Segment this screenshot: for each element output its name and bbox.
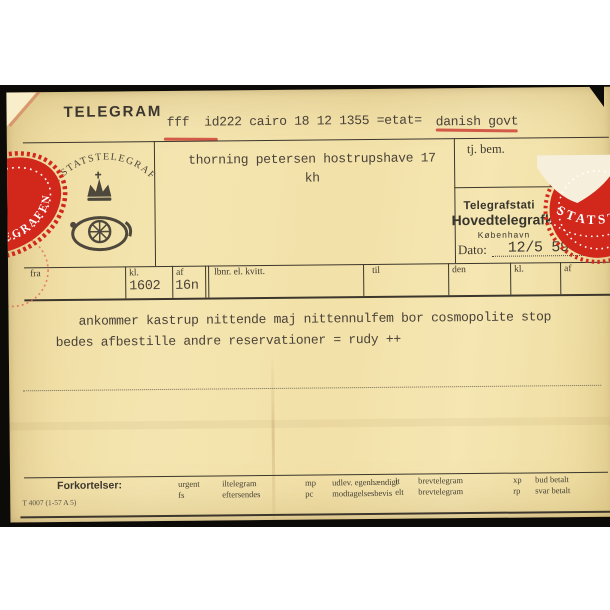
- abbr-meaning: brevtelegram: [418, 475, 463, 486]
- form-title: TELEGRAM: [63, 103, 162, 121]
- abbreviation-group: mpudlev. egenhændigt pcmodtagelsesbevis: [305, 477, 398, 500]
- footer-bottom-border: [20, 511, 610, 519]
- message-line-1: ankommer kastrup nittende maj nittennulf…: [78, 309, 551, 329]
- address-line: thorning petersen hostrupshave 17: [167, 150, 457, 168]
- col-header-den: den: [452, 265, 466, 275]
- abbr-code: elt: [395, 487, 418, 498]
- abbr-code: urgent: [178, 478, 222, 489]
- col-header-kl: kl.: [129, 268, 139, 278]
- divider: [23, 137, 609, 144]
- crown-icon: [87, 171, 111, 200]
- received-time: 1602: [129, 279, 160, 295]
- abbr-code: lt: [395, 476, 418, 487]
- abbr-meaning: eftersendes: [222, 489, 260, 500]
- fold-shadow: [10, 417, 610, 431]
- table-bottom-border: [24, 294, 610, 302]
- message-line-2: bedes afbestille andre reservationer = r…: [56, 332, 401, 351]
- abbr-meaning: modtagelsesbevis: [332, 488, 392, 500]
- received-operator: 16n: [175, 279, 199, 295]
- ruled-line: [23, 385, 601, 392]
- stamp-city: København: [478, 229, 531, 240]
- abbr-meaning: udlev. egenhændigt: [332, 477, 398, 489]
- photo-background: TELEGRAM fff id222 cairo 18 12 1355 =eta…: [0, 85, 610, 527]
- form-number: T 4007 (1-57 A 5): [22, 498, 76, 508]
- service-line: fff id222 cairo 18 12 1355 =etat=: [167, 113, 422, 131]
- address-city: kh: [167, 169, 457, 187]
- table-divider: [208, 266, 209, 298]
- table-divider: [363, 264, 364, 296]
- paper-crease: [271, 353, 276, 520]
- abbr-meaning: svar betalt: [535, 485, 570, 496]
- col-header-kl2: kl.: [514, 265, 524, 275]
- table-divider: [125, 266, 126, 298]
- abbr-meaning: iltelegram: [222, 478, 257, 489]
- abbr-code: rp: [513, 485, 535, 496]
- service-remarks-label: tj. bem.: [467, 142, 505, 157]
- red-pencil-underline: [436, 129, 518, 133]
- telegram-form: TELEGRAM fff id222 cairo 18 12 1355 =eta…: [6, 87, 610, 523]
- col-header-af: af: [176, 268, 183, 278]
- abbr-code: pc: [305, 488, 332, 499]
- table-divider: [205, 266, 206, 298]
- abbreviation-group: ltbrevtelegram eltbrevtelegram: [395, 475, 463, 498]
- date-label: Dato:: [458, 242, 487, 258]
- right-wax-seal: STATSTE: [535, 152, 610, 281]
- recipient-note: danish govt: [436, 114, 519, 130]
- table-divider: [448, 263, 449, 295]
- stamp-office-line1: Telegrafstati: [463, 199, 535, 212]
- abbr-code: xp: [513, 474, 535, 485]
- abbr-meaning: bud betalt: [535, 474, 569, 485]
- table-divider: [172, 266, 173, 298]
- left-wax-seal: ♛ TELEGRAFEN: [6, 148, 90, 287]
- abbr-meaning: brevtelegram: [418, 486, 463, 497]
- table-divider: [510, 263, 511, 295]
- col-header-lbnr: lbnr. el. kvitt.: [214, 267, 265, 277]
- abbr-code: fs: [178, 489, 222, 500]
- abbr-code: mp: [305, 477, 332, 488]
- col-header-til: til: [372, 266, 380, 276]
- torn-corner: [588, 85, 604, 107]
- abbreviations-label: Forkortelser:: [57, 479, 122, 492]
- abbreviation-group: xpbud betalt rpsvar betalt: [513, 474, 570, 497]
- abbreviation-group: urgentiltelegram fseftersendes: [178, 478, 260, 501]
